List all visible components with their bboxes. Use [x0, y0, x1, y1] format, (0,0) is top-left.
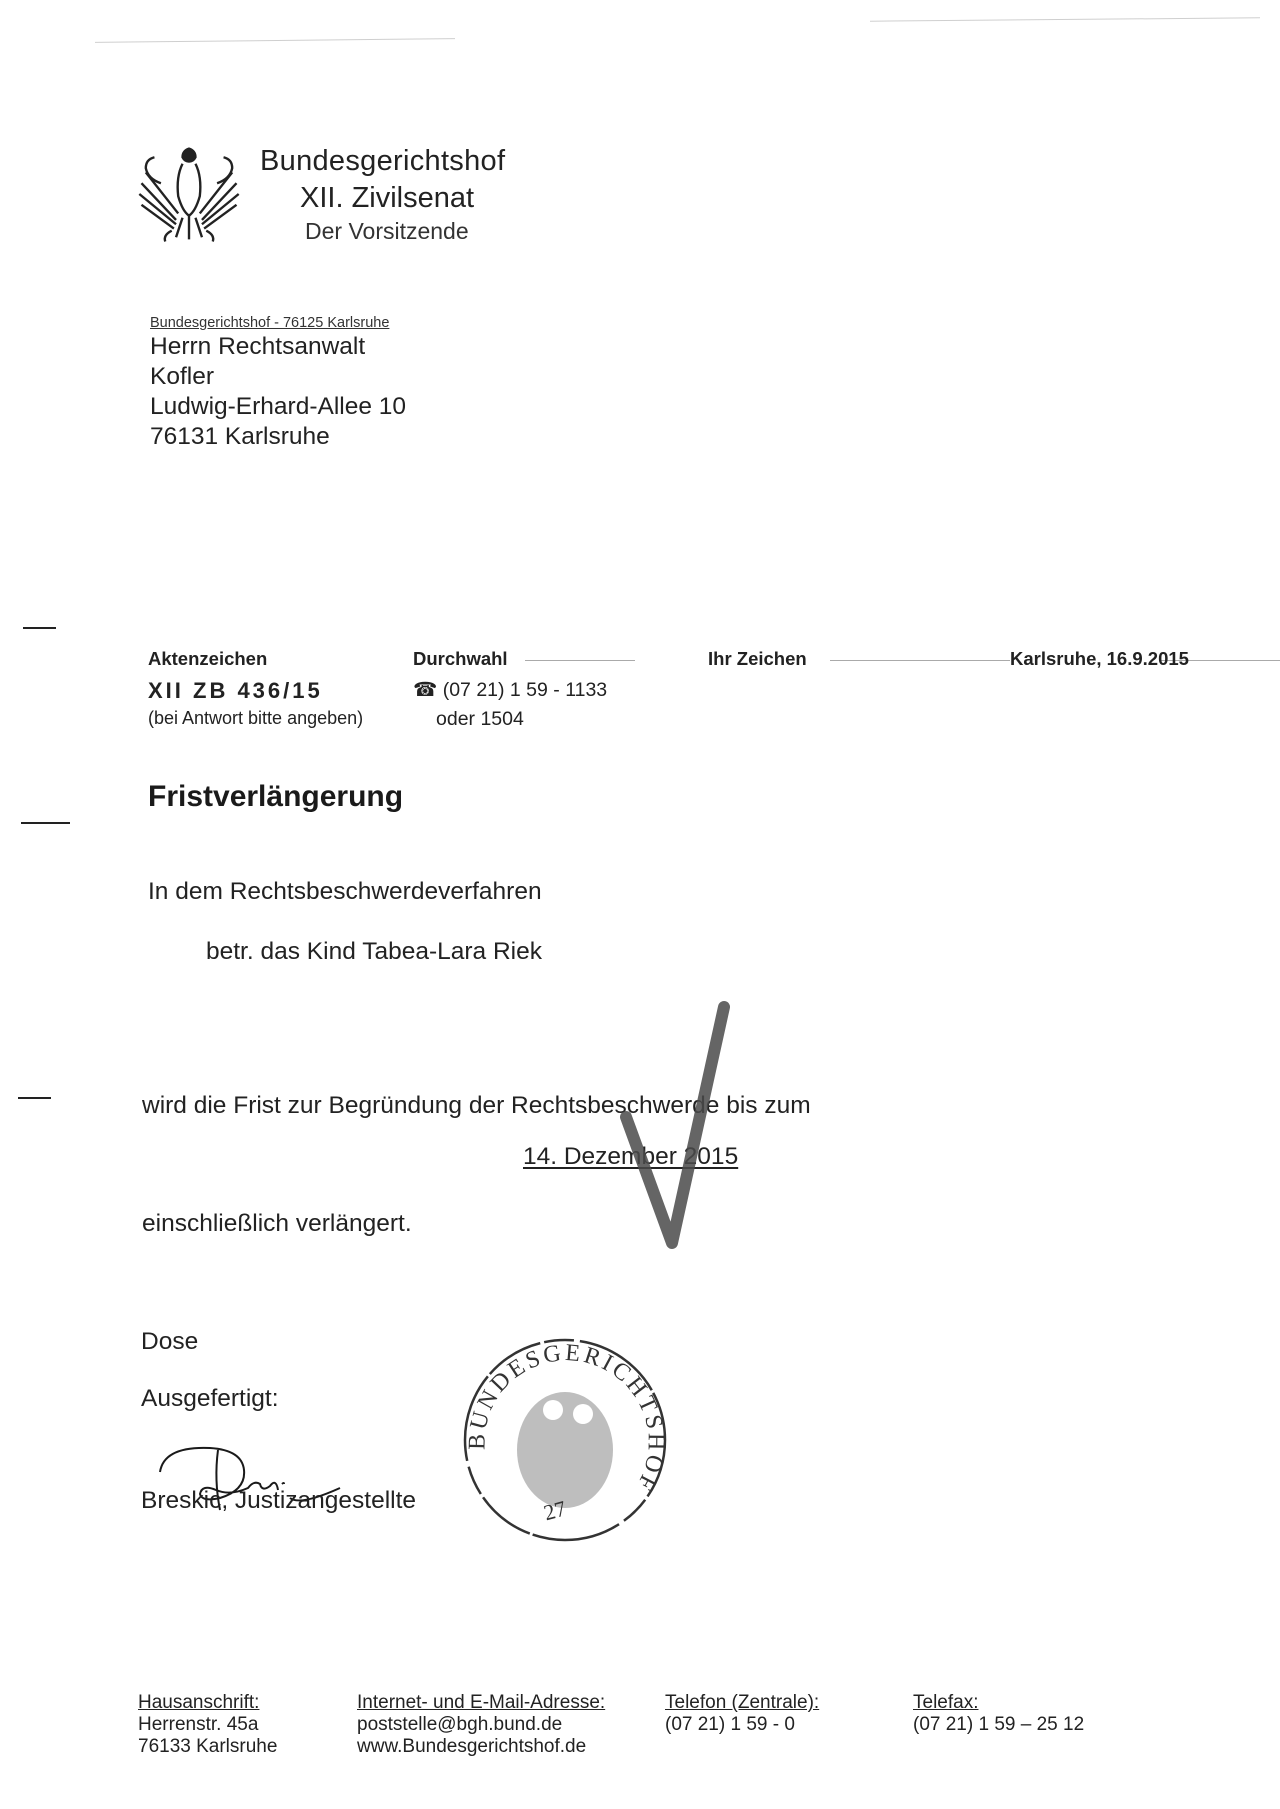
court-name: Bundesgerichtshof	[260, 145, 505, 178]
footer-line: (07 21) 1 59 - 0	[665, 1714, 795, 1736]
signatory: Breskic, Justizangestellte	[141, 1487, 416, 1515]
fold-mark	[18, 1097, 51, 1099]
fold-mark	[23, 627, 56, 629]
direct-dial-label: Durchwahl	[413, 648, 508, 670]
scan-artifact	[870, 17, 1260, 21]
recipient-line: 76131 Karlsruhe	[150, 423, 330, 451]
document-title: Fristverlängerung	[148, 780, 403, 814]
telephone-icon: ☎	[413, 679, 437, 701]
email-link[interactable]: poststelle@bgh.bund.de	[357, 1714, 562, 1736]
senate-name: XII. Zivilsenat	[300, 182, 474, 215]
your-ref-label: Ihr Zeichen	[708, 648, 807, 670]
place-date: Karlsruhe, 16.9.2015	[1010, 648, 1189, 670]
footer-line: 76133 Karlsruhe	[138, 1736, 277, 1758]
footer-line: Herrenstr. 45a	[138, 1714, 258, 1736]
author-role: Der Vorsitzende	[305, 218, 469, 245]
website-link[interactable]: www.Bundesgerichtshof.de	[357, 1736, 586, 1758]
footer-heading-phone: Telefon (Zentrale):	[665, 1692, 819, 1714]
footer-line: (07 21) 1 59 – 25 12	[913, 1714, 1084, 1736]
official-seal-icon: BUNDESGERICHTSHOF 27	[455, 1330, 675, 1550]
sender-line: Bundesgerichtshof - 76125 Karlsruhe	[150, 315, 389, 331]
direct-dial: ☎ (07 21) 1 59 - 1133	[413, 678, 607, 702]
footer-heading-internet: Internet- und E-Mail-Adresse:	[357, 1692, 605, 1714]
recipient-line: Herrn Rechtsanwalt	[150, 333, 365, 361]
scan-artifact	[95, 38, 455, 43]
judge-name: Dose	[141, 1328, 198, 1356]
body-line: einschließlich verlängert.	[142, 1210, 412, 1238]
file-number-label: Aktenzeichen	[148, 648, 267, 670]
file-number-note: (bei Antwort bitte angeben)	[148, 708, 363, 729]
footer-heading-address: Hausanschrift:	[138, 1692, 259, 1714]
direct-dial-alt: oder 1504	[436, 708, 524, 731]
body-line: betr. das Kind Tabea-Lara Riek	[206, 938, 542, 966]
body-line: In dem Rechtsbeschwerdeverfahren	[148, 878, 542, 906]
divider	[525, 660, 635, 661]
fold-mark	[21, 822, 70, 824]
direct-dial-number: (07 21) 1 59 - 1133	[443, 679, 607, 701]
issued-label: Ausgefertigt:	[141, 1385, 279, 1413]
federal-eagle-icon	[135, 140, 243, 248]
recipient-line: Kofler	[150, 363, 214, 391]
recipient-line: Ludwig-Erhard-Allee 10	[150, 393, 406, 421]
divider	[830, 660, 1010, 661]
footer-heading-fax: Telefax:	[913, 1692, 978, 1714]
file-number: XII ZB 436/15	[148, 678, 323, 704]
handwritten-checkmark-icon	[600, 995, 740, 1265]
